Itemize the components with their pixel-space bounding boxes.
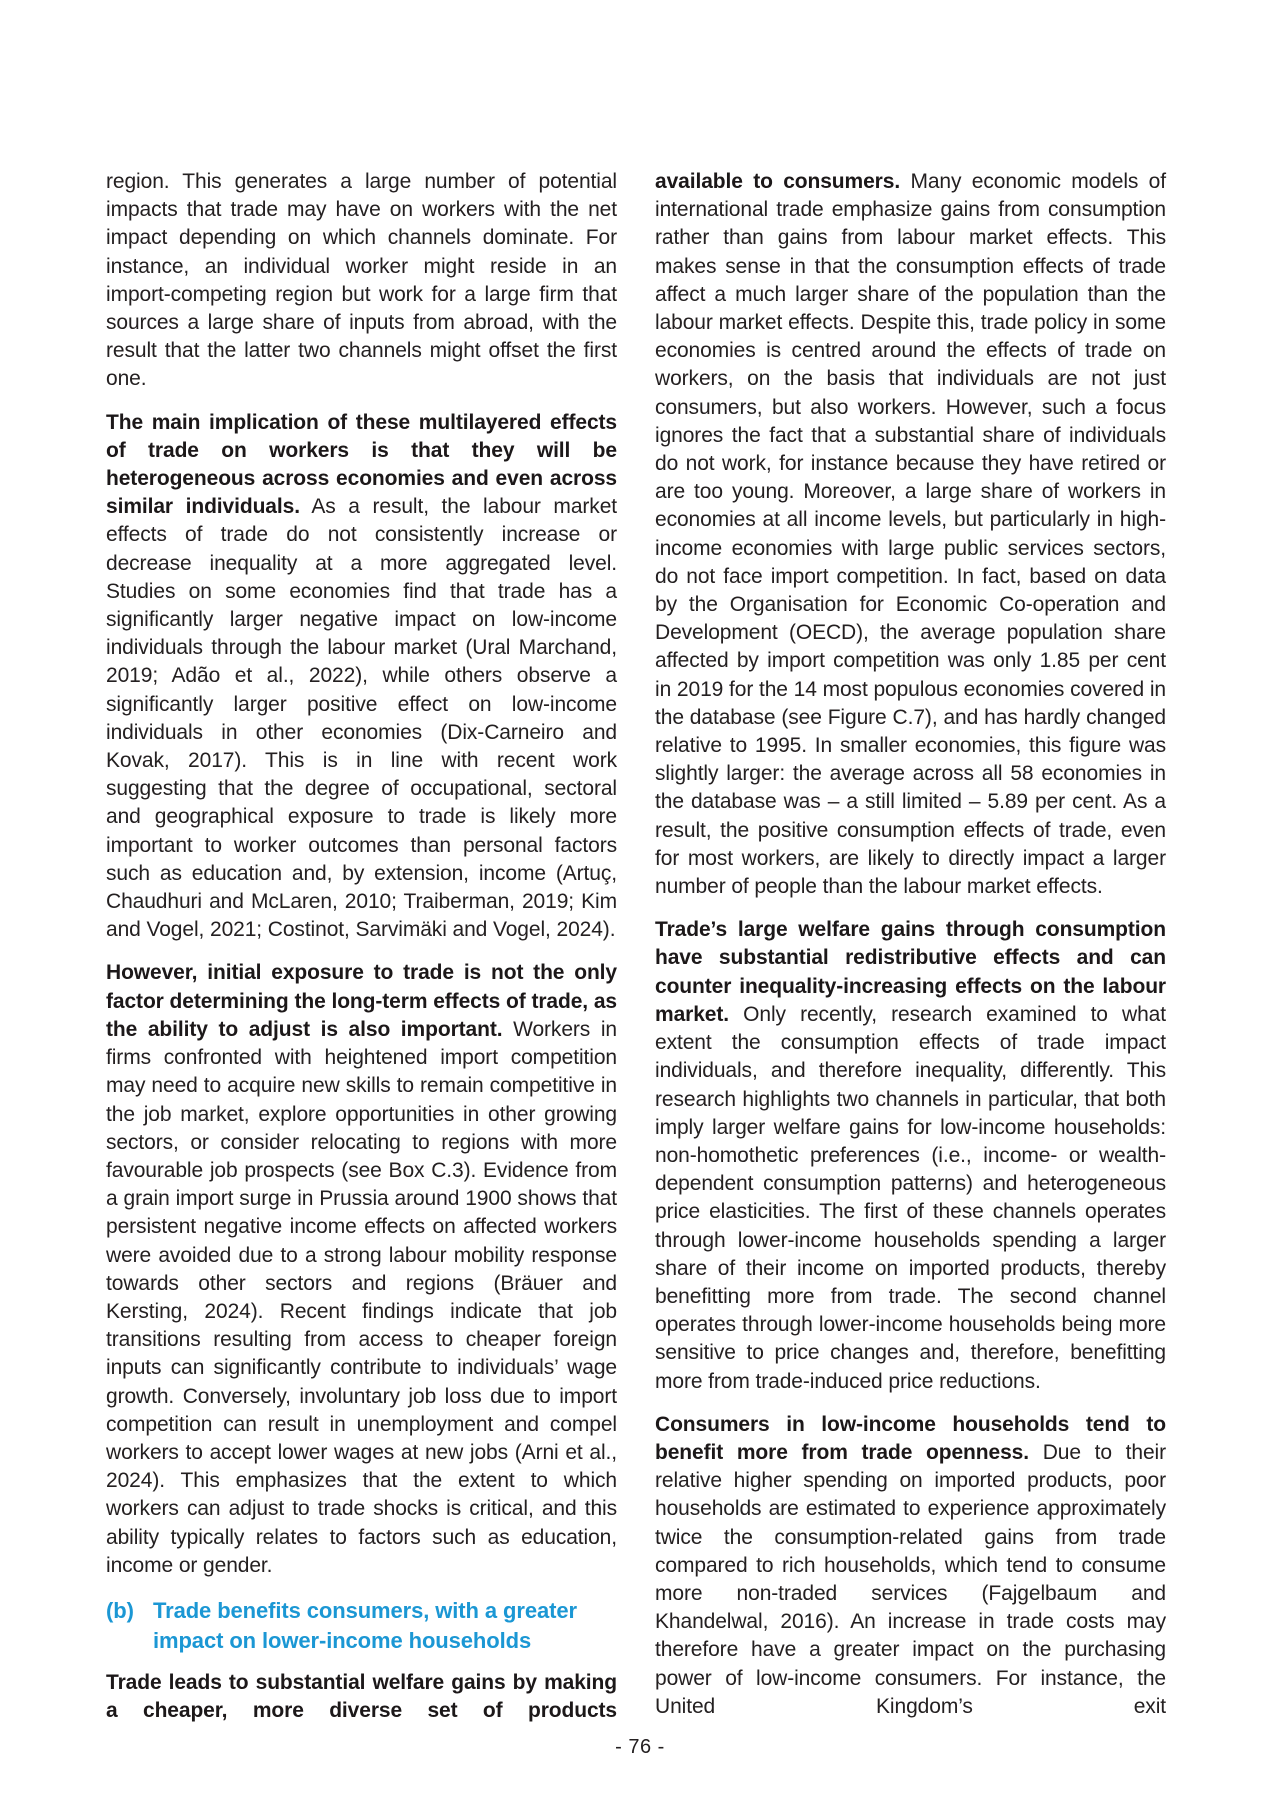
paragraph: Trade leads to substantial welfare gains… <box>106 1669 617 1725</box>
paragraph: However, initial exposure to trade is no… <box>106 959 617 1579</box>
bold-lead-sentence: Trade leads to substantial welfare gains… <box>106 1671 617 1722</box>
left-column: region. This generates a large number of… <box>106 168 617 1740</box>
right-column: available to consumers. Many economic mo… <box>655 168 1166 1740</box>
section-heading-text: Trade benefits consumers, with a greater… <box>153 1596 617 1656</box>
paragraph-text: Many economic models of international tr… <box>655 170 1166 898</box>
section-heading-b: (b) Trade benefits consumers, with a gre… <box>106 1596 617 1656</box>
paragraph: Trade’s large welfare gains through cons… <box>655 916 1166 1395</box>
paragraph: The main implication of these multilayer… <box>106 409 617 945</box>
paragraph-text: Workers in firms confronted with heighte… <box>106 1018 617 1577</box>
section-heading-label: (b) <box>106 1596 153 1656</box>
paragraph: Consumers in low-income households tend … <box>655 1411 1166 1721</box>
report-page: region. This generates a large number of… <box>0 0 1280 1809</box>
paragraph-text: region. This generates a large number of… <box>106 170 617 390</box>
paragraph-text: As a result, the labour market effects o… <box>106 495 617 941</box>
paragraph: available to consumers. Many economic mo… <box>655 168 1166 901</box>
paragraph-text: Due to their relative higher spending on… <box>655 1441 1166 1718</box>
bold-lead-sentence: available to consumers. <box>655 170 900 193</box>
text-columns: region. This generates a large number of… <box>106 168 1166 1740</box>
paragraph-text: Only recently, research examined to what… <box>655 1003 1166 1393</box>
paragraph: region. This generates a large number of… <box>106 168 617 394</box>
page-number: - 76 - <box>0 1736 1280 1759</box>
